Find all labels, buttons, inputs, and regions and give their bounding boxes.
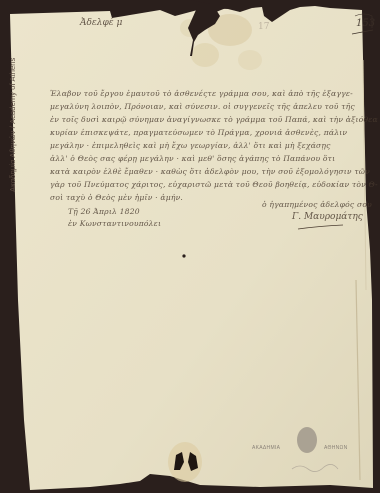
- top-note: Ἀδελφέ μ: [80, 18, 122, 28]
- date-line: Τῇ 26 Ἀπριλ 1820: [68, 207, 140, 216]
- pencil-mark: 17: [258, 22, 269, 32]
- paper-body: [10, 6, 373, 490]
- body-line: μεγάλην · ἐπιμεληθεὶς καὶ μὴ ἔχω γεωργία…: [50, 141, 331, 150]
- body-line: γὰρ τοῦ Πνεύματος χάριτος, εὐχαριστῶ μετ…: [50, 180, 378, 189]
- closing: ὁ ἠγαπημένος ἀδελφός σου: [262, 200, 372, 209]
- body-line: ἐν τοῖς δυσὶ καιρῷ σύνημαν ἀναγίγνωσκε τ…: [50, 115, 378, 124]
- body-line: Ἐλαβον τοῦ ἔργου ἐμαυτοῦ τὸ ἀσθενέςτε γρ…: [50, 89, 353, 98]
- archive-stamp: ΑΚΑΔΗΜΙΑ ΑΘΗΝΩΝ: [248, 437, 378, 459]
- letter-sheet: [0, 0, 380, 493]
- body-line: κυρίαν ἐπισκεψάτε, πραγματεύσωμεν τὸ Πρά…: [50, 128, 347, 137]
- stamp-label-left: ΑΚΑΔΗΜΙΑ: [252, 445, 280, 451]
- signature: Γ. Μαυρομάτης: [292, 212, 363, 222]
- body-line: σοὶ ταχὺ ὁ Θεὸς μὲν ἡμῖν · ἀμήν.: [50, 193, 183, 202]
- stamp-label-right: ΑΘΗΝΩΝ: [324, 445, 348, 451]
- body-line: κατὰ καιρὸν ἐλθὲ ἔμαθεν · καθὼς ὅτι ἀδελ…: [50, 167, 370, 176]
- place-line: ἐν Κωνσταντινουπόλει: [68, 219, 161, 228]
- body-line: ἀλλ' ὁ Θεὸς σας φέρῃ μεγάλην · καὶ μεθ' …: [50, 154, 335, 163]
- folio-number: 153: [356, 18, 375, 29]
- body-line: μεγαλύνη λοιπὸν, Πρόνοιαν, καὶ σύνεσιν. …: [50, 102, 355, 111]
- archive-watermark: Ακαδημία Αθηνών / Academy of Athens: [8, 22, 20, 192]
